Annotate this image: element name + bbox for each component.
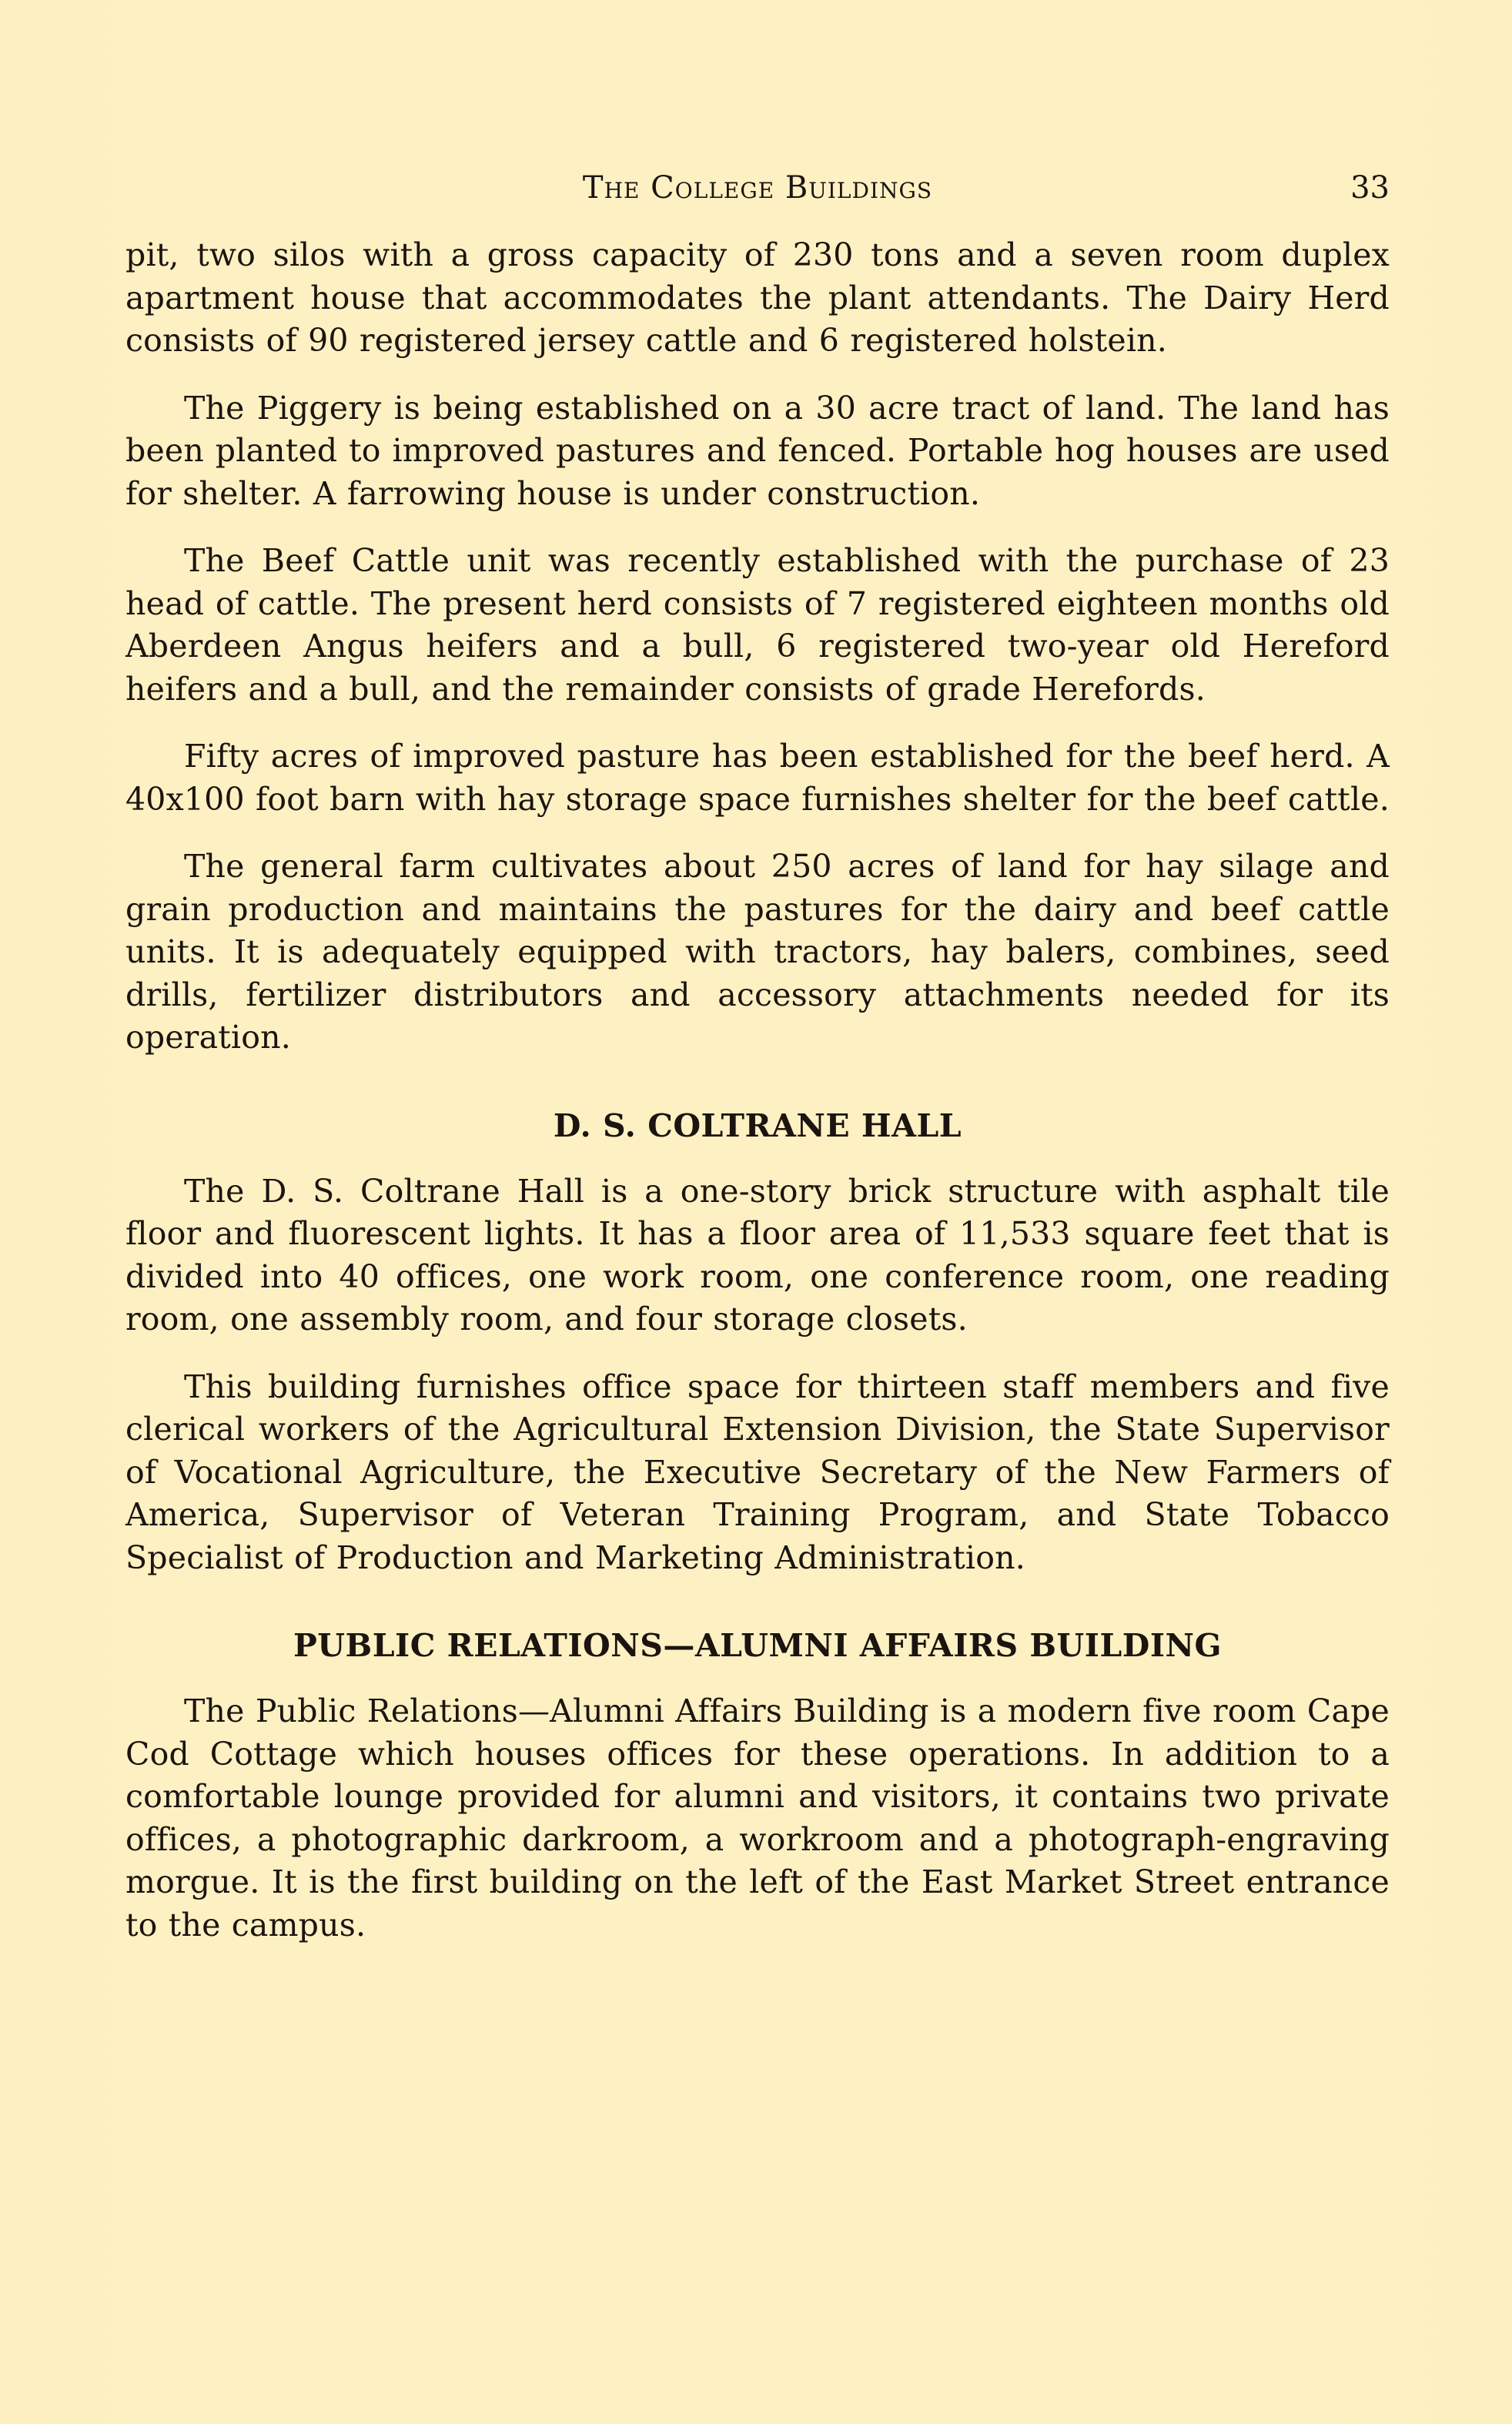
running-header: The College Buildings 33: [125, 165, 1390, 211]
paragraph-beef-cattle: The Beef Cattle unit was recently establ…: [125, 540, 1390, 711]
page-number: 33: [1350, 165, 1390, 211]
paragraph-piggery: The Piggery is being established on a 30…: [125, 387, 1390, 516]
running-title: The College Buildings: [125, 165, 1390, 211]
section-public-relations: PUBLIC RELATIONS—ALUMNI AFFAIRS BUILDING…: [125, 1624, 1390, 1947]
paragraph-public-relations-building: The Public Relations—Alumni Affairs Buil…: [125, 1690, 1390, 1947]
paragraph-dairy-continuation: pit, two silos with a gross capacity of …: [125, 234, 1390, 363]
paragraph-coltrane-structure: The D. S. Coltrane Hall is a one-story b…: [125, 1170, 1390, 1341]
section-heading-public-relations: PUBLIC RELATIONS—ALUMNI AFFAIRS BUILDING: [125, 1624, 1390, 1667]
document-page: The College Buildings 33 pit, two silos …: [125, 165, 1390, 1971]
paragraph-coltrane-occupants: This building furnishes office space for…: [125, 1366, 1390, 1580]
section-coltrane-hall: D. S. COLTRANE HALL The D. S. Coltrane H…: [125, 1104, 1390, 1580]
paragraph-pasture: Fifty acres of improved pasture has been…: [125, 735, 1390, 821]
section-farm-units: pit, two silos with a gross capacity of …: [125, 234, 1390, 1060]
paragraph-general-farm: The general farm cultivates about 250 ac…: [125, 845, 1390, 1060]
section-heading-coltrane-hall: D. S. COLTRANE HALL: [125, 1104, 1390, 1147]
